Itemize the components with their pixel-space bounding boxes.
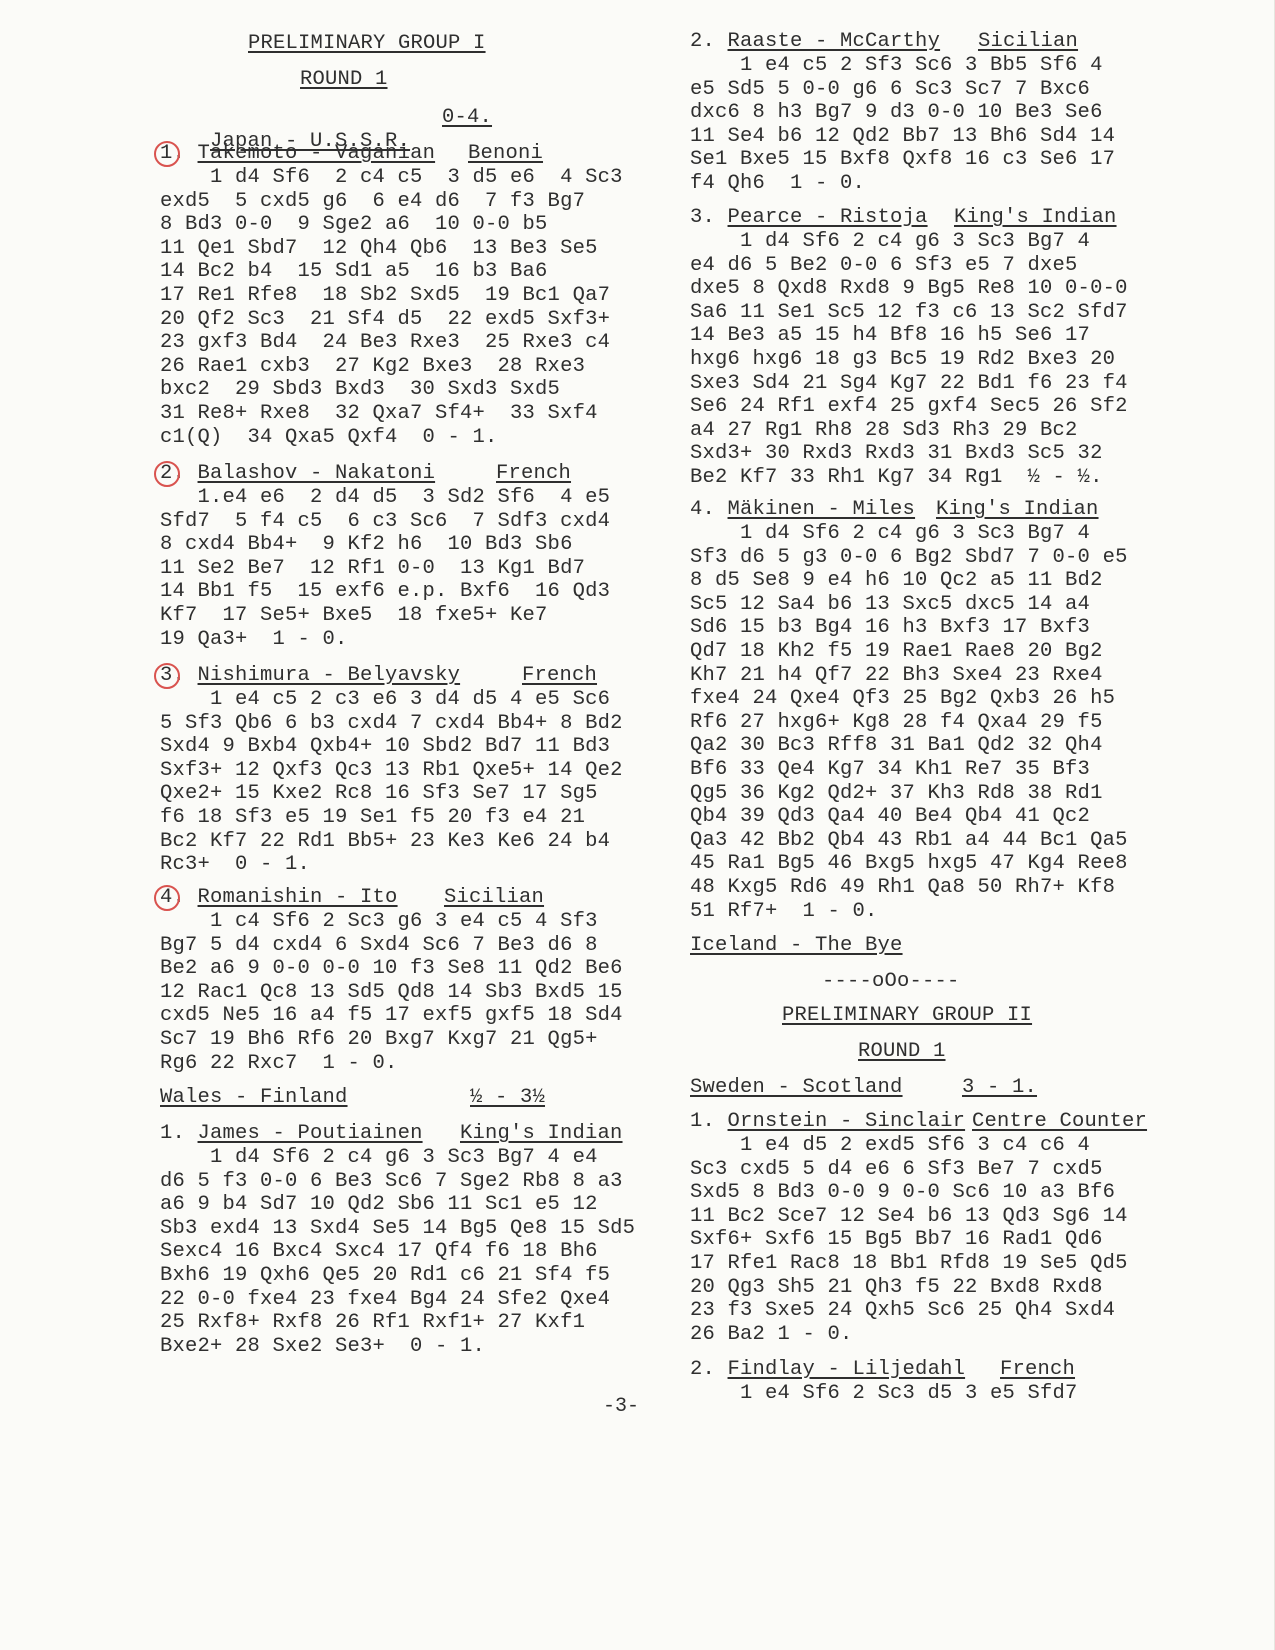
- move-line: bxc2 29 Sbd3 Bxd3 30 Sxd3 Sxd5: [160, 378, 560, 402]
- game-opening: Sicilian: [444, 886, 544, 910]
- move-line: Bg7 5 d4 cxd4 6 Sxd4 Sc6 7 Be3 d6 8: [160, 934, 598, 958]
- move-line: 25 Rxf8+ Rxf8 26 Rf1 Rxf1+ 27 Kxf1: [160, 1311, 585, 1335]
- game-number: 4.: [160, 886, 185, 910]
- game-opening: King's Indian: [460, 1122, 623, 1146]
- round-heading: ROUND 1: [858, 1040, 946, 1064]
- game-opening: King's Indian: [936, 498, 1099, 522]
- move-line: 14 Be3 a5 15 h4 Bf8 16 h5 Se6 17: [690, 324, 1090, 348]
- game-players: James - Poutiainen: [198, 1122, 423, 1145]
- move-line: Sa6 11 Se1 Sc5 12 f3 c6 13 Sc2 Sfd7: [690, 301, 1128, 325]
- move-line: 23 f3 Sxe5 24 Qxh5 Sc6 25 Qh4 Sxd4: [690, 1299, 1115, 1323]
- move-line: 1.e4 e6 2 d4 d5 3 Sd2 Sf6 4 e5: [160, 486, 610, 510]
- red-circle-mark: [154, 141, 180, 167]
- move-line: 8 d5 Se8 9 e4 h6 10 Qc2 a5 11 Bd2: [690, 569, 1103, 593]
- move-line: 26 Rae1 cxb3 27 Kg2 Bxe3 28 Rxe3: [160, 355, 585, 379]
- game-opening: French: [522, 664, 597, 688]
- move-line: Sc7 19 Bh6 Rf6 20 Bxg7 Kxg7 21 Qg5+: [160, 1028, 598, 1052]
- move-line: Qd7 18 Kh2 f5 19 Rae1 Rae8 20 Bg2: [690, 640, 1103, 664]
- red-circle-mark: [154, 663, 180, 689]
- move-line: Sxd3+ 30 Rxd3 Rxd3 31 Bxd3 Sc5 32: [690, 442, 1103, 466]
- move-line: 14 Bc2 b4 15 Sd1 a5 16 b3 Ba6: [160, 260, 548, 284]
- game-opening: Centre Counter: [972, 1110, 1147, 1134]
- game-players: Mäkinen - Miles: [728, 498, 916, 521]
- move-line: 51 Rf7+ 1 - 0.: [690, 900, 878, 924]
- bye-line: Iceland - The Bye: [690, 934, 903, 958]
- move-line: 11 Se2 Be7 12 Rf1 0-0 13 Kg1 Bd7: [160, 557, 585, 581]
- move-line: Qg5 36 Kg2 Qd2+ 37 Kh3 Rd8 38 Rd1: [690, 782, 1103, 806]
- game-header: 1. James - Poutiainen: [160, 1122, 423, 1146]
- game-players: Nishimura - Belyavsky: [198, 664, 461, 687]
- move-line: 12 Rac1 Qc8 13 Sd5 Qd8 14 Sb3 Bxd5 15: [160, 981, 623, 1005]
- game-opening: French: [496, 462, 571, 486]
- move-line: a6 9 b4 Sd7 10 Qd2 Sb6 11 Sc1 e5 12: [160, 1193, 598, 1217]
- game-number: 2.: [690, 1358, 715, 1382]
- game-header: 4. Romanishin - Ito: [160, 886, 398, 910]
- game-players: Raaste - McCarthy: [728, 30, 941, 53]
- move-line: 20 Qf2 Sc3 21 Sf4 d5 22 exd5 Sxf3+: [160, 308, 610, 332]
- move-line: Rc3+ 0 - 1.: [160, 853, 310, 877]
- move-line: Sxd4 9 Bxb4 Qxb4+ 10 Sbd2 Bd7 11 Bd3: [160, 735, 610, 759]
- move-line: Bf6 33 Qe4 Kg7 34 Kh1 Re7 35 Bf3: [690, 758, 1090, 782]
- game-number: 1.: [160, 142, 185, 166]
- move-line: 11 Bc2 Sce7 12 Se4 b6 13 Qd3 Sg6 14: [690, 1205, 1128, 1229]
- move-line: Sd6 15 b3 Bg4 16 h3 Bxf3 17 Bxf3: [690, 616, 1090, 640]
- game-players: Findlay - Liljedahl: [728, 1358, 966, 1381]
- game-header: 2. Findlay - Liljedahl: [690, 1358, 965, 1382]
- move-line: Qa2 30 Bc3 Rff8 31 Ba1 Qd2 32 Qh4: [690, 734, 1103, 758]
- move-line: 1 e4 Sf6 2 Sc3 d5 3 e5 Sfd7: [690, 1382, 1078, 1406]
- move-line: e4 d6 5 Be2 0-0 6 Sf3 e5 7 dxe5: [690, 254, 1078, 278]
- game-number: 3.: [160, 664, 185, 688]
- move-line: 14 Bb1 f5 15 exf6 e.p. Bxf6 16 Qd3: [160, 580, 610, 604]
- move-line: Be2 Kf7 33 Rh1 Kg7 34 Rg1 ½ - ½.: [690, 466, 1103, 490]
- move-line: 8 cxd4 Bb4+ 9 Kf2 h6 10 Bd3 Sb6: [160, 533, 573, 557]
- move-line: Se1 Bxe5 15 Bxf8 Qxf8 16 c3 Se6 17: [690, 148, 1115, 172]
- match-score: ½ - 3½: [470, 1086, 545, 1110]
- move-line: 23 gxf3 Bd4 24 Be3 Rxe3 25 Rxe3 c4: [160, 331, 610, 355]
- game-header: 2. Balashov - Nakatoni: [160, 462, 435, 486]
- match-score: 0-4.: [442, 106, 492, 130]
- move-line: Bxe2+ 28 Sxe2 Se3+ 0 - 1.: [160, 1335, 485, 1359]
- move-line: Sxd5 8 Bd3 0-0 9 0-0 Sc6 10 a3 Bf6: [690, 1181, 1115, 1205]
- move-line: Sexc4 16 Bxc4 Sxc4 17 Qf4 f6 18 Bh6: [160, 1240, 598, 1264]
- move-line: e5 Sd5 5 0-0 g6 6 Sc3 Sc7 7 Bxc6: [690, 78, 1090, 102]
- game-opening: Benoni: [468, 142, 543, 166]
- move-line: 5 Sf3 Qb6 6 b3 cxd4 7 cxd4 Bb4+ 8 Bd2: [160, 712, 623, 736]
- move-line: 11 Se4 b6 12 Qd2 Bb7 13 Bh6 Sd4 14: [690, 125, 1115, 149]
- round-heading: ROUND 1: [300, 68, 388, 92]
- move-line: Bxh6 19 Qxh6 Qe5 20 Rd1 c6 21 Sf4 f5: [160, 1264, 610, 1288]
- move-line: Se6 24 Rf1 exf4 25 gxf4 Sec5 26 Sf2: [690, 395, 1128, 419]
- move-line: 1 e4 c5 2 c3 e6 3 d4 d5 4 e5 Sc6: [160, 688, 610, 712]
- game-opening: French: [1000, 1358, 1075, 1382]
- game-number: 1.: [690, 1110, 715, 1134]
- move-line: hxg6 hxg6 18 g3 Bc5 19 Rd2 Bxe3 20: [690, 348, 1115, 372]
- move-line: Qxe2+ 15 Kxe2 Rc8 16 Sf3 Se7 17 Sg5: [160, 782, 598, 806]
- move-line: Sfd7 5 f4 c5 6 c3 Sc6 7 Sdf3 cxd4: [160, 510, 610, 534]
- move-line: 1 e4 d5 2 exd5 Sf6 3 c4 c6 4: [690, 1134, 1090, 1158]
- game-header: 2. Raaste - McCarthy: [690, 30, 940, 54]
- move-line: a4 27 Rg1 Rh8 28 Sd3 Rh3 29 Bc2: [690, 419, 1078, 443]
- move-line: f4 Qh6 1 - 0.: [690, 172, 865, 196]
- move-line: dxc6 8 h3 Bg7 9 d3 0-0 10 Be3 Se6: [690, 101, 1103, 125]
- red-circle-mark: [154, 461, 180, 487]
- move-line: 45 Ra1 Bg5 46 Bxg5 hxg5 47 Kg4 Ree8: [690, 852, 1128, 876]
- move-line: 22 0-0 fxe4 23 fxe4 Bg4 24 Sfe2 Qxe4: [160, 1288, 610, 1312]
- section-heading: PRELIMINARY GROUP II: [782, 1004, 1032, 1028]
- game-header: 4. Mäkinen - Miles: [690, 498, 915, 522]
- move-line: 17 Rfe1 Rac8 18 Bb1 Rfd8 19 Se5 Qd5: [690, 1252, 1128, 1276]
- match-score: 3 - 1.: [962, 1076, 1037, 1100]
- game-header: 1. Ornstein - Sinclair: [690, 1110, 965, 1134]
- move-line: f6 18 Sf3 e5 19 Se1 f5 20 f3 e4 21: [160, 806, 585, 830]
- move-line: cxd5 Ne5 16 a4 f5 17 exf5 gxf5 18 Sd4: [160, 1004, 623, 1028]
- page-number: -3-: [603, 1395, 639, 1418]
- move-line: c1(Q) 34 Qxa5 Qxf4 0 - 1.: [160, 426, 498, 450]
- game-number: 4.: [690, 498, 715, 522]
- move-line: Sb3 exd4 13 Sxd4 Se5 14 Bg5 Qe8 15 Sd5: [160, 1217, 635, 1241]
- move-line: 1 d4 Sf6 2 c4 g6 3 Sc3 Bg7 4: [690, 522, 1090, 546]
- game-opening: Sicilian: [978, 30, 1078, 54]
- move-line: exd5 5 cxd5 g6 6 e4 d6 7 f3 Bg7: [160, 190, 585, 214]
- move-line: Bc2 Kf7 22 Rd1 Bb5+ 23 Ke3 Ke6 24 b4: [160, 830, 610, 854]
- move-line: 1 d4 Sf6 2 c4 g6 3 Sc3 Bg7 4: [690, 230, 1090, 254]
- game-players: Takemoto - Vaganian: [198, 142, 436, 165]
- match-teams: Wales - Finland: [160, 1086, 348, 1110]
- move-line: 1 e4 c5 2 Sf3 Sc6 3 Bb5 Sf6 4: [690, 54, 1103, 78]
- game-opening: King's Indian: [954, 206, 1117, 230]
- move-line: dxe5 8 Qxd8 Rxd8 9 Bg5 Re8 10 0-0-0: [690, 277, 1128, 301]
- move-line: fxe4 24 Qxe4 Qf3 25 Bg2 Qxb3 26 h5: [690, 687, 1115, 711]
- move-line: Sc3 cxd5 5 d4 e6 6 Sf3 Be7 7 cxd5: [690, 1158, 1103, 1182]
- move-line: 1 d4 Sf6 2 c4 c5 3 d5 e6 4 Sc3: [160, 166, 623, 190]
- move-line: 1 c4 Sf6 2 Sc3 g6 3 e4 c5 4 Sf3: [160, 910, 598, 934]
- move-line: 17 Re1 Rfe8 18 Sb2 Sxd5 19 Bc1 Qa7: [160, 284, 610, 308]
- move-line: 31 Re8+ Rxe8 32 Qxa7 Sf4+ 33 Sxf4: [160, 402, 598, 426]
- move-line: Qa3 42 Bb2 Qb4 43 Rb1 a4 44 Bc1 Qa5: [690, 829, 1128, 853]
- move-line: Kf7 17 Se5+ Bxe5 18 fxe5+ Ke7: [160, 604, 548, 628]
- move-line: 48 Kxg5 Rd6 49 Rh1 Qa8 50 Rh7+ Kf8: [690, 876, 1115, 900]
- move-line: Sc5 12 Sa4 b6 13 Sxc5 dxc5 14 a4: [690, 593, 1090, 617]
- move-line: 8 Bd3 0-0 9 Sge2 a6 10 0-0 b5: [160, 213, 548, 237]
- game-header: 3. Pearce - Ristoja: [690, 206, 928, 230]
- move-line: Kh7 21 h4 Qf7 22 Bh3 Sxe4 23 Rxe4: [690, 664, 1103, 688]
- game-players: Pearce - Ristoja: [728, 206, 928, 229]
- game-number: 2.: [690, 30, 715, 54]
- move-line: 1 d4 Sf6 2 c4 g6 3 Sc3 Bg7 4 e4: [160, 1146, 598, 1170]
- move-line: Rf6 27 hxg6+ Kg8 28 f4 Qxa4 29 f5: [690, 711, 1103, 735]
- game-number: 3.: [690, 206, 715, 230]
- section-heading: PRELIMINARY GROUP I: [248, 32, 486, 56]
- move-line: 19 Qa3+ 1 - 0.: [160, 628, 348, 652]
- red-circle-mark: [154, 885, 180, 911]
- game-number: 2.: [160, 462, 185, 486]
- move-line: Sxf6+ Sxf6 15 Bg5 Bb7 16 Rad1 Qd6: [690, 1228, 1103, 1252]
- move-line: d6 5 f3 0-0 6 Be3 Sc6 7 Sge2 Rb8 8 a3: [160, 1170, 623, 1194]
- move-line: 20 Qg3 Sh5 21 Qh3 f5 22 Bxd8 Rxd8: [690, 1276, 1103, 1300]
- move-line: Qb4 39 Qd3 Qa4 40 Be4 Qb4 41 Qc2: [690, 805, 1090, 829]
- game-header: 1. Takemoto - Vaganian: [160, 142, 435, 166]
- match-teams: Sweden - Scotland: [690, 1076, 903, 1100]
- game-header: 3. Nishimura - Belyavsky: [160, 664, 460, 688]
- game-players: Romanishin - Ito: [198, 886, 398, 909]
- move-line: Sf3 d6 5 g3 0-0 6 Bg2 Sbd7 7 0-0 e5: [690, 546, 1128, 570]
- move-line: Sxf3+ 12 Qxf3 Qc3 13 Rb1 Qxe5+ 14 Qe2: [160, 759, 623, 783]
- separator: ----oOo----: [822, 970, 960, 994]
- move-line: 11 Qe1 Sbd7 12 Qh4 Qb6 13 Be3 Se5: [160, 237, 598, 261]
- move-line: Sxe3 Sd4 21 Sg4 Kg7 22 Bd1 f6 23 f4: [690, 372, 1128, 396]
- game-players: Balashov - Nakatoni: [198, 462, 436, 485]
- move-line: 26 Ba2 1 - 0.: [690, 1323, 853, 1347]
- game-number: 1.: [160, 1122, 185, 1146]
- move-line: Be2 a6 9 0-0 0-0 10 f3 Se8 11 Qd2 Be6: [160, 957, 623, 981]
- move-line: Rg6 22 Rxc7 1 - 0.: [160, 1052, 398, 1076]
- game-players: Ornstein - Sinclair: [728, 1110, 966, 1133]
